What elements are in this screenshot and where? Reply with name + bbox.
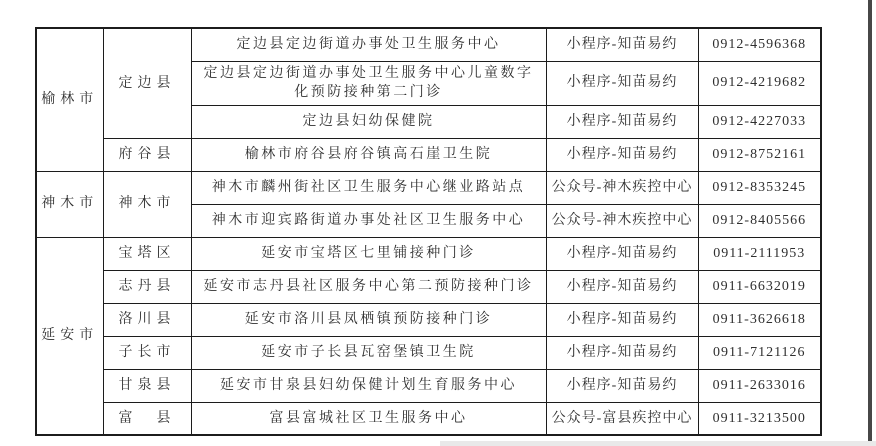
booking-method-cell: 小程序-知苗易约	[546, 105, 698, 138]
phone-cell: 0911-3213500	[698, 402, 821, 435]
booking-method-cell: 公众号-富县疾控中心	[546, 402, 698, 435]
table-row: 神木市神木市神木市麟州街社区卫生服务中心继业路站点公众号-神木疾控中心0912-…	[36, 171, 821, 204]
table-row: 志丹县延安市志丹县社区服务中心第二预防接种门诊小程序-知苗易约0911-6632…	[36, 270, 821, 303]
phone-cell: 0911-7121126	[698, 336, 821, 369]
county-cell: 定边县	[103, 28, 191, 138]
booking-method-cell: 小程序-知苗易约	[546, 61, 698, 105]
institution-cell: 延安市志丹县社区服务中心第二预防接种门诊	[191, 270, 546, 303]
booking-method-cell: 小程序-知苗易约	[546, 303, 698, 336]
booking-method-cell: 小程序-知苗易约	[546, 237, 698, 270]
booking-method-cell: 小程序-知苗易约	[546, 138, 698, 171]
institution-cell: 延安市甘泉县妇幼保健计划生育服务中心	[191, 369, 546, 402]
booking-method-cell: 小程序-知苗易约	[546, 336, 698, 369]
county-cell: 神木市	[103, 171, 191, 237]
phone-cell: 0911-2111953	[698, 237, 821, 270]
table-row: 府谷县榆林市府谷县府谷镇高石崖卫生院小程序-知苗易约0912-8752161	[36, 138, 821, 171]
institution-cell: 神木市麟州街社区卫生服务中心继业路站点	[191, 171, 546, 204]
phone-cell: 0912-8353245	[698, 171, 821, 204]
institution-cell: 定边县妇幼保健院	[191, 105, 546, 138]
institution-cell: 榆林市府谷县府谷镇高石崖卫生院	[191, 138, 546, 171]
phone-cell: 0912-8405566	[698, 204, 821, 237]
image-bottom-edge-strip	[440, 441, 876, 446]
phone-cell: 0911-6632019	[698, 270, 821, 303]
city-cell: 神木市	[36, 171, 103, 237]
county-cell: 洛川县	[103, 303, 191, 336]
county-cell: 志丹县	[103, 270, 191, 303]
institution-cell: 延安市宝塔区七里铺接种门诊	[191, 237, 546, 270]
page: 榆林市定边县定边县定边街道办事处卫生服务中心小程序-知苗易约0912-45963…	[0, 0, 876, 446]
phone-cell: 0912-4219682	[698, 61, 821, 105]
booking-method-cell: 公众号-神木疾控中心	[546, 204, 698, 237]
booking-method-cell: 公众号-神木疾控中心	[546, 171, 698, 204]
city-cell: 榆林市	[36, 28, 103, 171]
county-cell: 子长市	[103, 336, 191, 369]
institution-cell: 延安市洛川县凤栖镇预防接种门诊	[191, 303, 546, 336]
institution-cell: 定边县定边街道办事处卫生服务中心儿童数字化预防接种第二门诊	[191, 61, 546, 105]
table-row: 甘泉县延安市甘泉县妇幼保健计划生育服务中心小程序-知苗易约0911-263301…	[36, 369, 821, 402]
city-cell: 延安市	[36, 237, 103, 435]
vaccination-clinics-table: 榆林市定边县定边县定边街道办事处卫生服务中心小程序-知苗易约0912-45963…	[35, 27, 822, 436]
county-cell: 府谷县	[103, 138, 191, 171]
institution-cell: 定边县定边街道办事处卫生服务中心	[191, 28, 546, 61]
table-row: 子长市延安市子长县瓦窑堡镇卫生院小程序-知苗易约0911-7121126	[36, 336, 821, 369]
county-cell: 富 县	[103, 402, 191, 435]
image-right-edge-line	[868, 0, 872, 446]
institution-cell: 富县富城社区卫生服务中心	[191, 402, 546, 435]
county-cell: 甘泉县	[103, 369, 191, 402]
table-row: 富 县富县富城社区卫生服务中心公众号-富县疾控中心0911-3213500	[36, 402, 821, 435]
booking-method-cell: 小程序-知苗易约	[546, 270, 698, 303]
phone-cell: 0912-4596368	[698, 28, 821, 61]
booking-method-cell: 小程序-知苗易约	[546, 369, 698, 402]
phone-cell: 0912-8752161	[698, 138, 821, 171]
institution-cell: 延安市子长县瓦窑堡镇卫生院	[191, 336, 546, 369]
county-cell: 宝塔区	[103, 237, 191, 270]
booking-method-cell: 小程序-知苗易约	[546, 28, 698, 61]
table-row: 延安市宝塔区延安市宝塔区七里铺接种门诊小程序-知苗易约0911-2111953	[36, 237, 821, 270]
phone-cell: 0912-4227033	[698, 105, 821, 138]
phone-cell: 0911-3626618	[698, 303, 821, 336]
table-row: 榆林市定边县定边县定边街道办事处卫生服务中心小程序-知苗易约0912-45963…	[36, 28, 821, 61]
institution-cell: 神木市迎宾路街道办事处社区卫生服务中心	[191, 204, 546, 237]
table-row: 洛川县延安市洛川县凤栖镇预防接种门诊小程序-知苗易约0911-3626618	[36, 303, 821, 336]
phone-cell: 0911-2633016	[698, 369, 821, 402]
